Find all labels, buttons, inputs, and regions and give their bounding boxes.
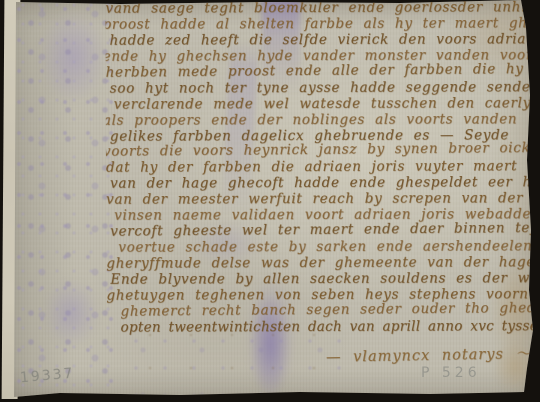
catalog-number-pencil-right: P 526	[421, 365, 481, 381]
manuscript-line: ghemerct recht banch segen seder ouder t…	[120, 301, 533, 321]
manuscript-line: van der hage ghecoft hadde ende ghespeld…	[110, 176, 533, 193]
manuscript-line: hadde zed heeft die selfde vierick den v…	[110, 32, 533, 49]
purple-stain-left-mid	[44, 280, 98, 346]
manuscript-line: dat hy der farbben die adriaen joris vuy…	[106, 160, 533, 177]
manuscript-line: voorts die voors heynrick jansz by synen…	[105, 141, 533, 161]
notary-signature: — vlamyncx notarys 〜	[326, 342, 531, 367]
manuscript-line: proost hadde al shelten farbbe als hy te…	[105, 16, 532, 33]
manuscript-line: herbben mede proost ende alle der farbbe…	[106, 62, 533, 82]
manuscript-line: vercoft gheeste wel ter maert ende daer …	[110, 221, 533, 241]
manuscript-line: voertue schade este by sarken ende aersh…	[118, 239, 533, 256]
manuscript-line: verclarende mede wel watesde tusschen de…	[114, 96, 533, 113]
manuscript-line: gheryffmude delse was der ghemeente van …	[106, 255, 533, 272]
paper-sheet: vand saege teght bloemkuler ende goerlos…	[0, 0, 540, 402]
manuscript-line: soo hyt noch ter tyne aysse hadde seggen…	[110, 80, 533, 97]
manuscript-line: als proopers ende der noblinges als voor…	[105, 112, 532, 129]
manuscript-line: vand saege teght bloemkuler ende goerlos…	[105, 0, 532, 17]
manuscript-line: van der meester werfuit reach by screpen…	[106, 192, 533, 209]
scanned-document: vand saege teght bloemkuler ende goerlos…	[0, 0, 540, 402]
catalog-number-pencil-left: 19337	[19, 366, 75, 387]
manuscript-line: Ende blyvende by allen saecken souldens …	[110, 271, 533, 288]
manuscript-line: opten tweentwintichsten dach van aprill …	[121, 319, 534, 336]
manuscript-text-block: vand saege teght bloemkuler ende goerlos…	[105, 0, 533, 341]
